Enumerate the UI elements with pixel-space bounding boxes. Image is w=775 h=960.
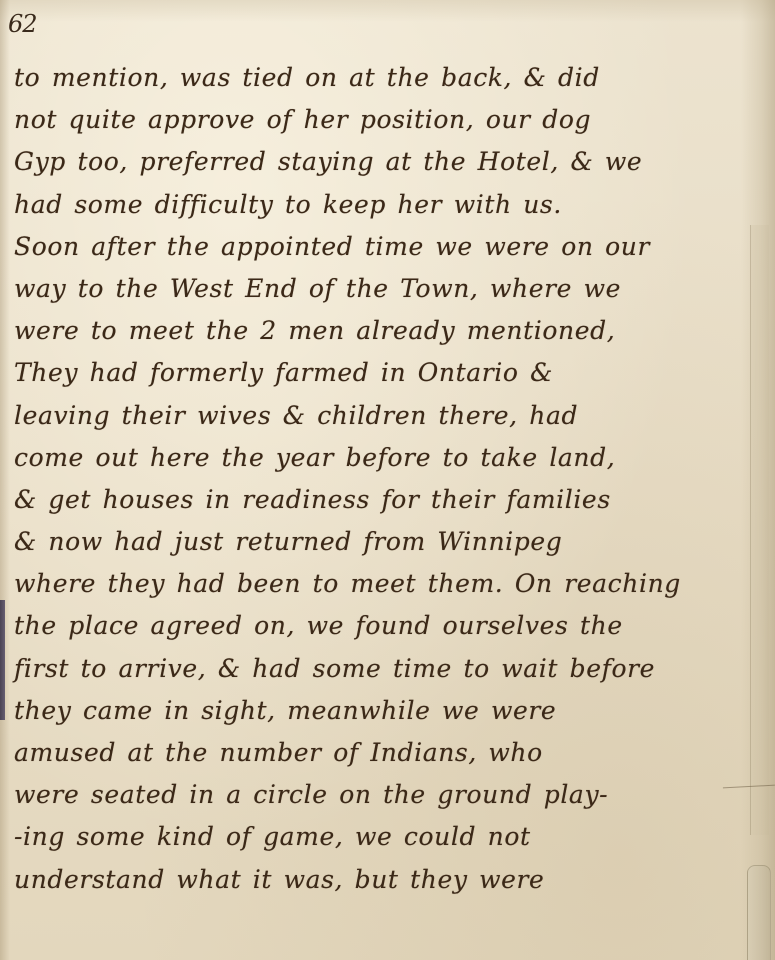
text-line: amused at the number of Indians, who <box>14 732 749 774</box>
text-line: the place agreed on, we found ourselves … <box>14 605 749 647</box>
page-left-edge <box>0 0 10 960</box>
text-line: Gyp too, preferred staying at the Hotel,… <box>14 141 749 183</box>
page-fold <box>750 225 769 835</box>
text-line: come out here the year before to take la… <box>14 437 749 479</box>
text-line: were to meet the 2 men already mentioned… <box>14 310 749 352</box>
text-line: where they had been to meet them. On rea… <box>14 563 749 605</box>
manuscript-page: 62 to mention, was tied on at the back, … <box>0 0 775 960</box>
text-line: to mention, was tied on at the back, & d… <box>14 57 749 99</box>
text-line: had some difficulty to keep her with us. <box>14 184 749 226</box>
text-line: way to the West End of the Town, where w… <box>14 268 749 310</box>
text-line: & get houses in readiness for their fami… <box>14 479 749 521</box>
text-line: leaving their wives & children there, ha… <box>14 395 749 437</box>
page-number: 62 <box>8 10 37 38</box>
binding-strip <box>0 600 5 720</box>
text-line: Soon after the appointed time we were on… <box>14 226 749 268</box>
paper-tab <box>747 865 771 960</box>
text-line: They had formerly farmed in Ontario & <box>14 352 749 394</box>
text-line: understand what it was, but they were <box>14 859 749 901</box>
text-line: first to arrive, & had some time to wait… <box>14 648 749 690</box>
text-line: they came in sight, meanwhile we were <box>14 690 749 732</box>
text-line: were seated in a circle on the ground pl… <box>14 774 749 816</box>
text-line: not quite approve of her position, our d… <box>14 99 749 141</box>
handwritten-text-body: to mention, was tied on at the back, & d… <box>14 57 749 901</box>
text-line: -ing some kind of game, we could not <box>14 816 749 858</box>
page-top-shadow <box>0 0 775 22</box>
text-line: & now had just returned from Winnipeg <box>14 521 749 563</box>
